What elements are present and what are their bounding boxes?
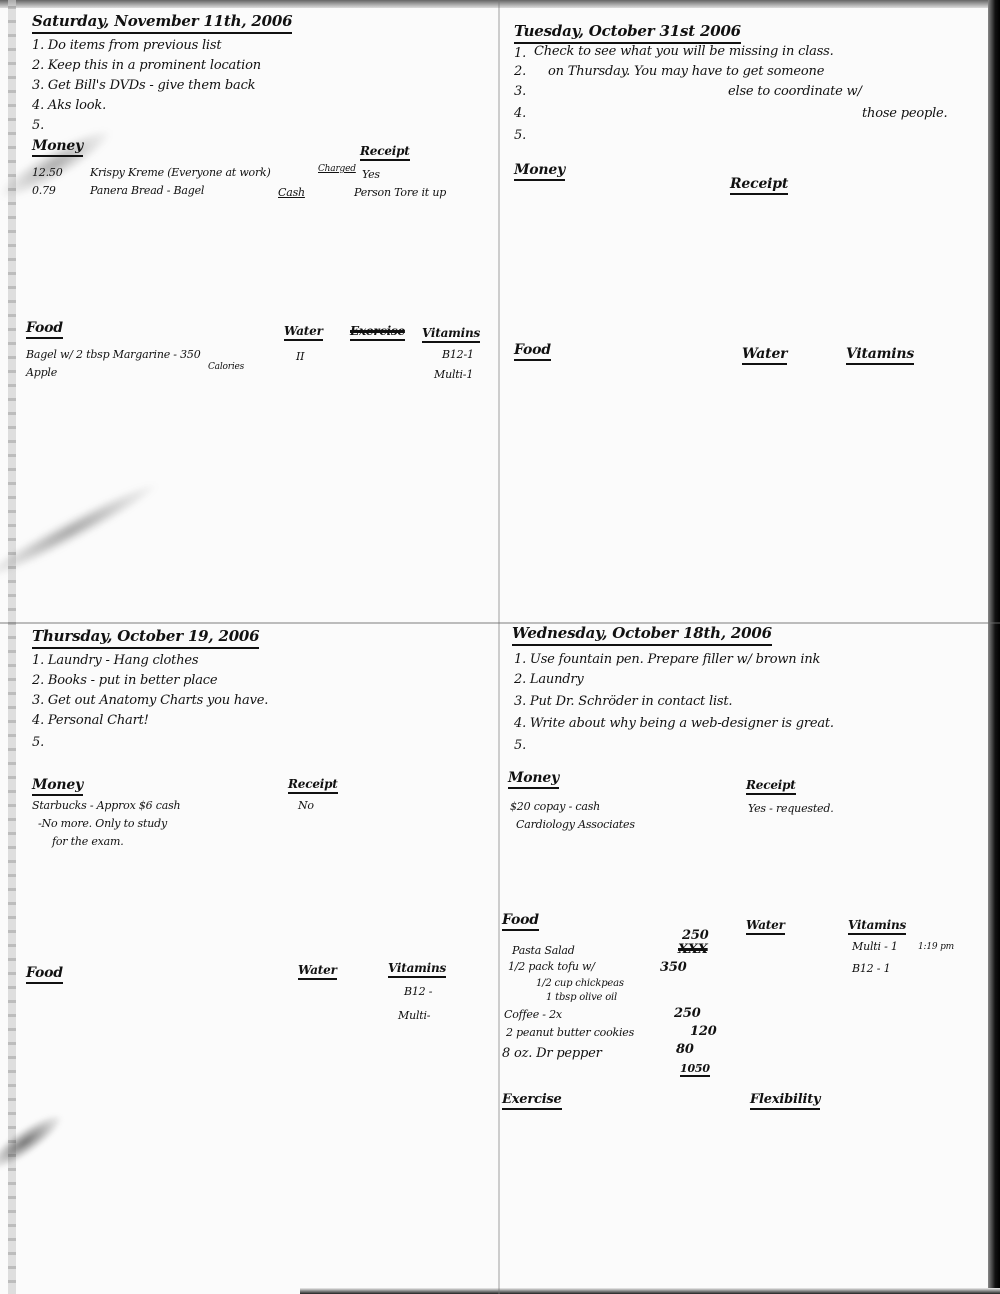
todo-item: 2. Books - put in better place xyxy=(32,673,217,688)
money-amount: 0.79 xyxy=(32,184,56,197)
todo-item: 2. xyxy=(514,64,526,79)
food-item: Apple xyxy=(26,366,57,379)
todo-item: 2. Keep this in a prominent location xyxy=(32,58,261,73)
money-line: for the exam. xyxy=(52,835,124,848)
water-heading: Water xyxy=(298,963,337,980)
panel-date: Tuesday, October 31st 2006 xyxy=(514,22,741,44)
water-heading: Water xyxy=(284,324,323,341)
money-method: Charged xyxy=(318,164,356,174)
food-heading: Food xyxy=(514,342,551,361)
money-description: Panera Bread - Bagel xyxy=(90,184,204,197)
vitamin-entry: B12 - xyxy=(404,985,432,998)
receipt-heading: Receipt xyxy=(730,176,788,195)
todo-note: Check to see what you will be missing in… xyxy=(534,44,834,59)
money-receipt: Yes xyxy=(362,168,380,181)
vitamins-heading: Vitamins xyxy=(422,326,480,343)
money-description: Krispy Kreme (Everyone at work) xyxy=(90,166,271,179)
panel-wednesday: Wednesday, October 18th, 2006 1. Use fou… xyxy=(508,622,980,1282)
flexibility-heading: Flexibility xyxy=(750,1092,820,1110)
todo-item: 5. xyxy=(514,738,526,753)
vitamins-heading: Vitamins xyxy=(846,346,914,365)
todo-item: 4. xyxy=(514,106,526,121)
todo-item: 4. Personal Chart! xyxy=(32,713,149,728)
todo-item: 5. xyxy=(32,118,44,133)
page-edge-top xyxy=(0,0,1000,8)
vitamins-heading: Vitamins xyxy=(388,961,446,978)
panel-date: Thursday, October 19, 2006 xyxy=(32,627,259,649)
vitamin-time: 1:19 pm xyxy=(918,942,954,952)
water-heading: Water xyxy=(742,346,787,365)
todo-item: 4. Write about why being a web-designer … xyxy=(514,716,834,731)
panel-date: Saturday, November 11th, 2006 xyxy=(32,12,292,34)
food-item: Coffee - 2x xyxy=(504,1008,562,1021)
food-item: 1/2 cup chickpeas xyxy=(536,978,624,989)
water-heading: Water xyxy=(746,918,785,935)
food-calories: 250 xyxy=(674,1006,701,1021)
food-heading: Food xyxy=(26,965,63,984)
todo-item: 1. Do items from previous list xyxy=(32,38,221,53)
money-amount: 12.50 xyxy=(32,166,63,179)
receipt-heading: Receipt xyxy=(288,777,338,794)
vitamin-entry: B12 - 1 xyxy=(852,962,890,975)
panel-date: Wednesday, October 18th, 2006 xyxy=(512,624,772,646)
food-item: 8 oz. Dr pepper xyxy=(502,1046,602,1061)
money-line: -No more. Only to study xyxy=(38,817,167,830)
money-heading: Money xyxy=(508,770,559,789)
panel-thursday: Thursday, October 19, 2006 1. Laundry - … xyxy=(30,625,495,1285)
money-line: Starbucks - Approx $6 cash xyxy=(32,799,180,812)
money-receipt: Person Tore it up xyxy=(354,186,446,199)
panel-tuesday: Tuesday, October 31st 2006 1. 2. 3. 4. 5… xyxy=(510,22,980,622)
todo-item: 5. xyxy=(514,128,526,143)
money-heading: Money xyxy=(514,162,565,181)
todo-item: 1. Laundry - Hang clothes xyxy=(32,653,198,668)
vitamin-entry: Multi-1 xyxy=(434,368,473,381)
todo-item: 1. Use fountain pen. Prepare filler w/ b… xyxy=(514,652,820,667)
fold-line-vertical xyxy=(498,0,500,1294)
food-calories: 120 xyxy=(690,1024,717,1039)
vitamin-entry: Multi - 1 xyxy=(852,940,898,953)
vitamin-entry: Multi- xyxy=(398,1009,430,1022)
money-receipt: Yes - requested. xyxy=(748,802,834,815)
receipt-heading: Receipt xyxy=(746,778,796,795)
vitamin-entry: B12-1 xyxy=(442,348,474,361)
todo-item: 3. Get out Anatomy Charts you have. xyxy=(32,693,268,708)
calories-label: Calories xyxy=(208,362,244,372)
todo-item: 2. Laundry xyxy=(514,672,584,687)
money-method: Cash xyxy=(278,186,305,199)
money-heading: Money xyxy=(32,777,83,796)
money-heading: Money xyxy=(32,138,83,157)
food-item: Bagel w/ 2 tbsp Margarine - 350 xyxy=(26,348,201,361)
crossed-out-heading: Exercise xyxy=(350,324,405,341)
receipt-heading: Receipt xyxy=(360,144,410,161)
crossed-calories: XXX xyxy=(678,942,708,957)
food-item: Pasta Salad xyxy=(512,944,575,957)
todo-item: 3. xyxy=(514,84,526,99)
todo-note: those people. xyxy=(862,106,947,121)
todo-item: 3. Put Dr. Schröder in contact list. xyxy=(514,694,732,709)
food-item: 2 peanut butter cookies xyxy=(506,1026,634,1039)
food-calories: 350 xyxy=(660,960,687,975)
money-receipt: No xyxy=(298,799,314,812)
exercise-heading: Exercise xyxy=(502,1092,562,1110)
calorie-total: 1050 xyxy=(680,1062,710,1077)
panel-saturday: Saturday, November 11th, 2006 1. Do item… xyxy=(28,8,498,608)
todo-note: else to coordinate w/ xyxy=(728,84,862,99)
todo-item: 4. Aks look. xyxy=(32,98,106,113)
vitamins-heading: Vitamins xyxy=(848,918,906,935)
todo-item: 5. xyxy=(32,735,44,750)
food-heading: Food xyxy=(26,320,63,339)
water-tally: II xyxy=(296,350,304,363)
todo-item: 1. xyxy=(514,46,526,61)
todo-note: on Thursday. You may have to get someone xyxy=(548,64,824,79)
food-heading: Food xyxy=(502,912,539,931)
food-calories: 80 xyxy=(676,1042,694,1057)
money-line: $20 copay - cash xyxy=(510,800,600,813)
page-edge-bottom xyxy=(300,1288,1000,1294)
food-item: 1/2 pack tofu w/ xyxy=(508,960,595,973)
food-item: 1 tbsp olive oil xyxy=(546,992,617,1003)
food-calories: 250 xyxy=(682,928,709,943)
money-line: Cardiology Associates xyxy=(516,818,635,831)
todo-item: 3. Get Bill's DVDs - give them back xyxy=(32,78,255,93)
page-edge-right xyxy=(988,0,1000,1294)
